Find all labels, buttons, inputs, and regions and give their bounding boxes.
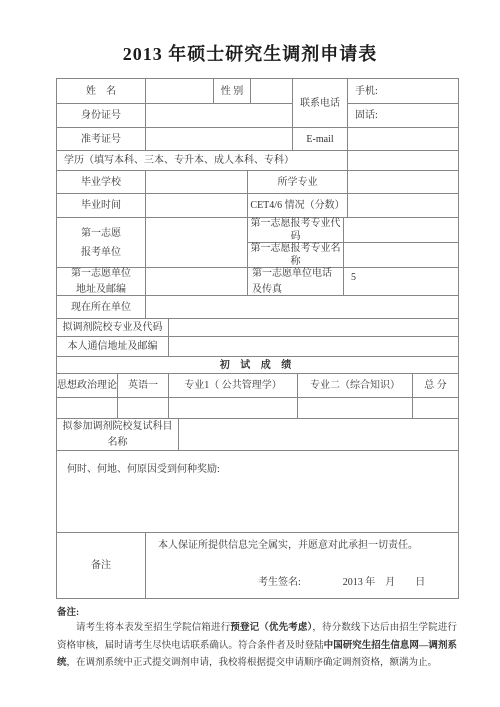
retest-subjects-label: 拟参加调剂院校复试科目名称 xyxy=(57,419,179,451)
signature-date: 2013 年 月 日 xyxy=(343,577,426,588)
row-mailing-address: 本人通信地址及邮编 xyxy=(57,337,459,357)
studied-major-label: 所学专业 xyxy=(248,171,348,194)
total-score-value-cell xyxy=(413,398,459,419)
signature-line: 考生签名:2013 年 月 日 xyxy=(158,576,452,589)
first-choice-major-name-value-cell xyxy=(344,243,459,268)
major1-score-value-cell xyxy=(169,398,298,419)
footer-notes-paragraph: 请考生将本表发至招生学院信箱进行预登记（优先考虑），待分数线下达后由招生学院进行… xyxy=(57,620,457,673)
id-number-value-cell xyxy=(146,104,293,128)
graduate-school-label: 毕业学校 xyxy=(57,171,146,194)
transfer-target-value-cell xyxy=(169,319,459,337)
contact-phone-label: 联系电话 xyxy=(293,79,348,128)
cet-score-label: CET4/6 情况（分数） xyxy=(248,194,348,218)
row-score-header: 初 试 成 绩 xyxy=(57,357,459,374)
retest-subjects-value-cell xyxy=(179,419,459,451)
first-choice-address-value-cell xyxy=(146,268,248,296)
first-choice-phone-fax-value: 5 xyxy=(344,268,459,296)
row-remarks: 备注 本人保证所提供信息完全属实，并愿意对此承担一切责任。 考生签名:2013 … xyxy=(57,533,459,599)
row-awards: 何时、何地、何原因受到何种奖励: xyxy=(57,451,459,533)
major2-score-label: 专业二（综合知识） xyxy=(298,374,413,398)
mobile-label: 手机: xyxy=(348,79,459,104)
graduate-school-value-cell xyxy=(146,171,248,194)
cet-score-value-cell xyxy=(348,194,459,218)
name-value-cell xyxy=(146,79,214,104)
education-label: 学历（填写本科、三本、专升本、成人本科、专科） xyxy=(57,151,348,171)
row-first-choice: 第一志愿 报考单位 第一志愿报考专业代码 第一志愿报考专业名称 xyxy=(57,218,459,268)
exam-number-value-cell xyxy=(146,128,293,151)
email-label: E-mail xyxy=(293,128,348,151)
initial-exam-score-header: 初 试 成 绩 xyxy=(57,357,459,374)
exam-number-label: 准考证号 xyxy=(57,128,146,151)
name-label: 姓 名 xyxy=(57,79,146,104)
english-score-label: 英语一 xyxy=(118,374,169,398)
id-number-label: 身份证号 xyxy=(57,104,146,128)
gender-value-cell xyxy=(251,79,293,104)
signature-label: 考生签名: xyxy=(258,577,301,588)
row-current-unit: 现在所在单位 xyxy=(57,296,459,319)
education-value-cell xyxy=(348,151,459,171)
transfer-target-label: 拟调剂院校专业及代码 xyxy=(57,319,169,337)
row-education: 学历（填写本科、三本、专升本、成人本科、专科） xyxy=(57,151,459,171)
politics-score-value-cell xyxy=(57,398,118,419)
row-retest-subjects: 拟参加调剂院校复试科目名称 xyxy=(57,419,459,451)
pre-registration-bold: 预登记（优先考虑） xyxy=(230,623,312,633)
row-score-labels: 思想政治理论 英语一 专业1（ 公共管理学） 专业二（综合知识） 总 分 xyxy=(57,374,459,398)
remarks-label: 备注 xyxy=(57,533,146,599)
application-form-table: 姓 名 性 别 身份证号 联系电话 手机: 固话: 准考证号 E-mail 学历… xyxy=(56,78,459,599)
current-unit-label: 现在所在单位 xyxy=(57,296,146,319)
first-choice-unit-label: 第一志愿 报考单位 xyxy=(57,218,146,268)
current-unit-value-cell xyxy=(146,296,459,319)
major2-score-value-cell xyxy=(298,398,413,419)
politics-score-label: 思想政治理论 xyxy=(57,374,118,398)
landline-label: 固话: xyxy=(348,104,459,128)
first-choice-phone-fax-label: 第一志愿单位电话及传真 xyxy=(248,268,344,296)
row-score-values xyxy=(57,398,459,419)
total-score-label: 总 分 xyxy=(413,374,459,398)
email-value-cell xyxy=(348,128,459,151)
first-choice-address-label: 第一志愿单位 地址及邮编 xyxy=(57,268,146,296)
row-name-id: 姓 名 性 别 身份证号 联系电话 手机: 固话: xyxy=(57,79,459,128)
footer-notes: 备注: 请考生将本表发至招生学院信箱进行预登记（优先考虑），待分数线下达后由招生… xyxy=(57,604,457,673)
row-graduation-time: 毕业时间 CET4/6 情况（分数） xyxy=(57,194,459,218)
graduation-time-value-cell xyxy=(146,194,248,218)
row-first-choice-address: 第一志愿单位 地址及邮编 第一志愿单位电话及传真 5 xyxy=(57,268,459,296)
first-choice-major-name-label: 第一志愿报考专业名称 xyxy=(248,243,344,268)
footer-notes-heading: 备注: xyxy=(57,604,457,618)
awards-label: 何时、何地、何原因受到何种奖励: xyxy=(57,451,459,533)
studied-major-value-cell xyxy=(348,171,459,194)
row-exam-number: 准考证号 E-mail xyxy=(57,128,459,151)
row-transfer-target: 拟调剂院校专业及代码 xyxy=(57,319,459,337)
english-score-value-cell xyxy=(118,398,169,419)
row-graduate-school: 毕业学校 所学专业 xyxy=(57,171,459,194)
page-title: 2013 年硕士研究生调剂申请表 xyxy=(0,40,500,66)
declaration-text: 本人保证所提供信息完全属实，并愿意对此承担一切责任。 xyxy=(158,539,452,552)
remarks-content-cell: 本人保证所提供信息完全属实，并愿意对此承担一切责任。 考生签名:2013 年 月… xyxy=(146,533,459,599)
first-choice-major-code-label: 第一志愿报考专业代码 xyxy=(248,218,344,243)
mailing-address-value-cell xyxy=(169,337,459,357)
gender-label: 性 别 xyxy=(214,79,251,104)
graduation-time-label: 毕业时间 xyxy=(57,194,146,218)
major1-score-label: 专业1（ 公共管理学） xyxy=(169,374,298,398)
first-choice-unit-value-cell xyxy=(146,218,248,268)
first-choice-major-code-value-cell xyxy=(344,218,459,243)
mailing-address-label: 本人通信地址及邮编 xyxy=(57,337,169,357)
